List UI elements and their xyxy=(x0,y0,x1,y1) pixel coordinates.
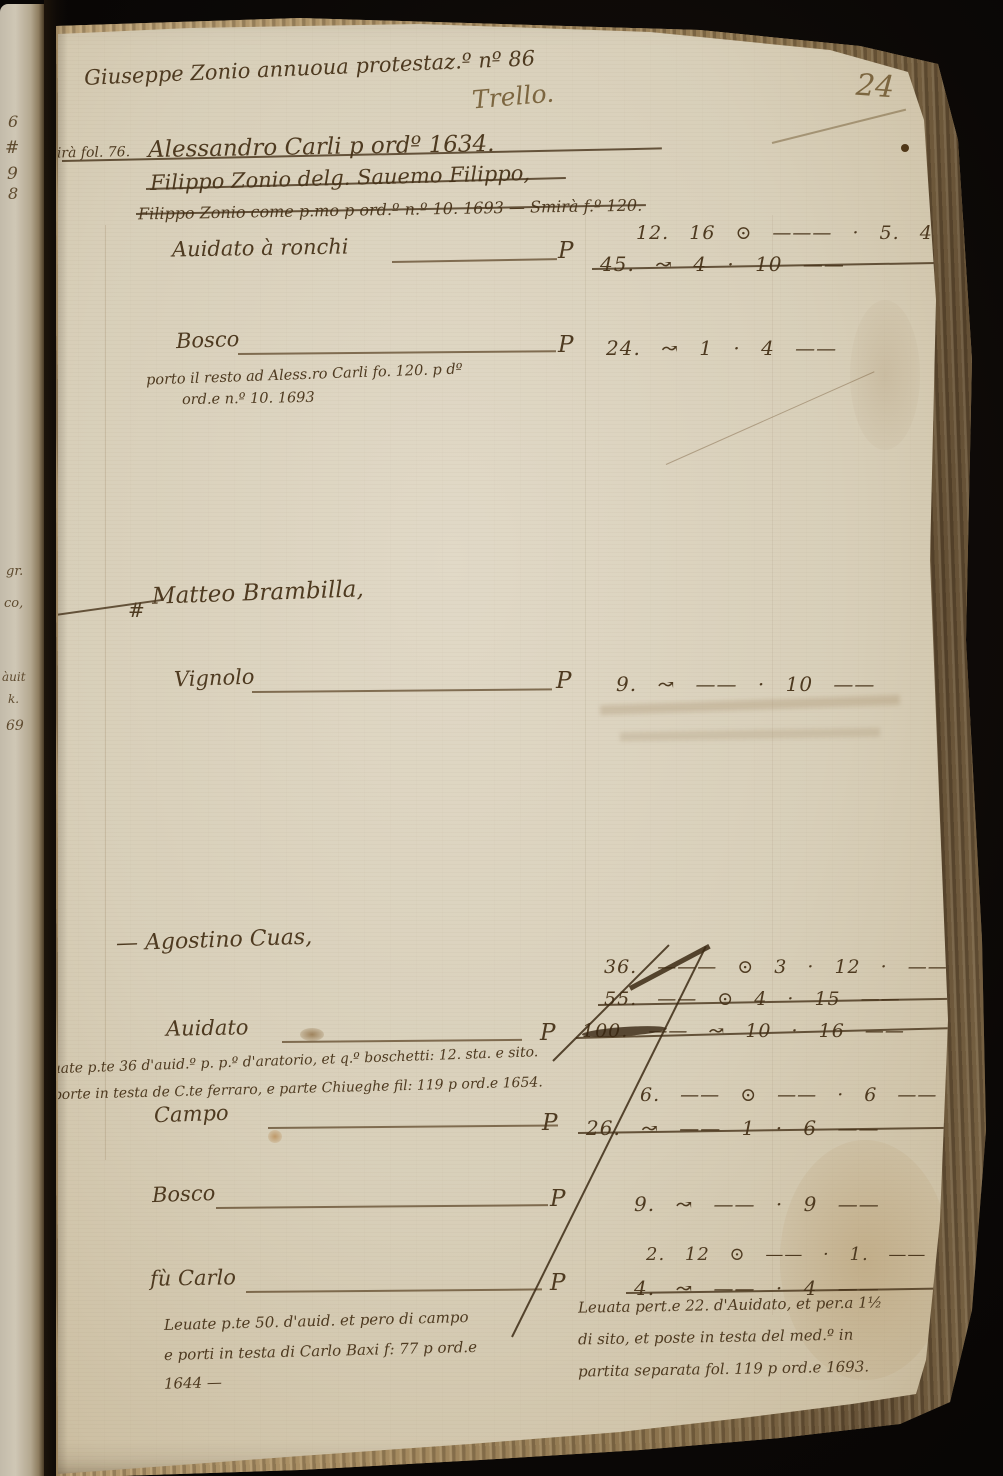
entry-leader-line xyxy=(392,258,557,263)
bottom-note-right: partita separata fol. 119 p ord.e 1693. xyxy=(578,1359,869,1379)
pertiche-mark: P xyxy=(556,670,571,693)
entry-amount: 12. 16 ⊙ ——— · 5. 4 xyxy=(636,224,933,243)
crease-line xyxy=(666,371,875,465)
entry-note: porto il resto ad Aless.ro Carli fo. 120… xyxy=(146,362,463,388)
entry-label: Auidato à ronchi xyxy=(172,236,349,260)
pertiche-mark: P xyxy=(550,1272,565,1295)
margin-fragment: k. xyxy=(8,692,19,706)
entry-leader-line xyxy=(216,1204,548,1209)
entry-label: Bosco xyxy=(176,329,240,352)
column-rule xyxy=(772,215,773,1315)
entry-amount: 6. —— ⊙ —— · 6 —— xyxy=(640,1086,937,1105)
margin-rule xyxy=(105,225,106,1160)
entry-amount: 2. 12 ⊙ —— · 1. —— xyxy=(646,1246,926,1264)
previous-page-edge: 6 # 9 8 gr. co, àuit k. 69 xyxy=(0,4,44,1476)
entry-leader-line xyxy=(282,1039,522,1043)
section-heading: — Agostino Cuas, xyxy=(116,927,313,956)
ink-stain xyxy=(268,1130,282,1143)
entry-leader-line xyxy=(268,1124,558,1129)
margin-fragment: gr. xyxy=(6,564,23,579)
entry-label: Campo xyxy=(154,1103,229,1127)
entry-label: fù Carlo xyxy=(150,1267,236,1289)
bottom-note-right: Leuata pert.e 22. d'Auidato, et per.a 1½ xyxy=(578,1295,883,1315)
page-number-flourish xyxy=(772,109,906,144)
ink-bleed xyxy=(600,695,900,715)
section-heading: Matteo Brambilla, xyxy=(152,578,364,608)
ledger-page: 24 Giuseppe Zonio annuoua protestaz.º nº… xyxy=(0,0,1003,1476)
bottom-note-right: di sito, et poste in testa del med.º in xyxy=(578,1328,854,1348)
ink-dot xyxy=(901,144,909,152)
entry-note: ord.e n.º 10. 1693 xyxy=(182,391,315,408)
ink-bleed xyxy=(620,728,880,742)
ink-stain xyxy=(300,1028,324,1041)
margin-fragment: # xyxy=(5,138,19,158)
header-trello-note: Trello. xyxy=(471,80,555,112)
entry-amount: 9. ↝ —— · 10 —— xyxy=(616,674,875,694)
pertiche-mark: P xyxy=(542,1112,557,1135)
manuscript-photo: 6 # 9 8 gr. co, àuit k. 69 24 Giuseppe Z… xyxy=(0,0,1003,1476)
pertiche-mark: P xyxy=(558,334,573,357)
entry-note: Leuate p.te 36 d'auid.º p. p.º d'aratori… xyxy=(34,1045,539,1077)
entry-leader-line xyxy=(252,688,552,693)
heading-hash-mark: # xyxy=(128,600,145,620)
pertiche-mark: P xyxy=(540,1022,555,1045)
bottom-note-left: Leuate p.te 50. d'auid. et pero di campo xyxy=(164,1310,469,1333)
margin-fragment: 6 xyxy=(8,112,18,131)
margin-fragment: 9 xyxy=(7,164,18,184)
heading-flourish xyxy=(55,599,164,616)
entry-note: e porte in testa de C.te ferraro, e part… xyxy=(40,1075,543,1102)
margin-fragment: 8 xyxy=(8,184,18,203)
entry-label: Auidato xyxy=(166,1017,249,1039)
header-owner-line: Giuseppe Zonio annuoua protestaz.º nº 86 xyxy=(84,48,536,89)
page-number: 24 xyxy=(855,71,895,104)
bottom-note-left: 1644 — xyxy=(164,1375,222,1392)
entry-label: Bosco xyxy=(152,1183,216,1206)
margin-fragment: co, xyxy=(4,596,23,611)
entry-label: Vignolo xyxy=(174,667,255,691)
entry-leader-line xyxy=(246,1288,542,1293)
entry-amount: 9. ↝ —— · 9 —— xyxy=(634,1194,880,1214)
bottom-note-left: e porti in testa di Carlo Baxi f: 77 p o… xyxy=(164,1340,477,1363)
column-rule xyxy=(585,215,586,1315)
damp-stain xyxy=(850,300,920,450)
margin-fragment: 69 xyxy=(6,718,24,734)
entry-amount: 24. ↝ 1 · 4 —— xyxy=(606,338,837,358)
margin-fragment: àuit xyxy=(2,670,26,684)
pertiche-mark: P xyxy=(550,1188,565,1211)
entry-leader-line xyxy=(238,350,556,355)
pertiche-mark: P xyxy=(558,240,573,263)
